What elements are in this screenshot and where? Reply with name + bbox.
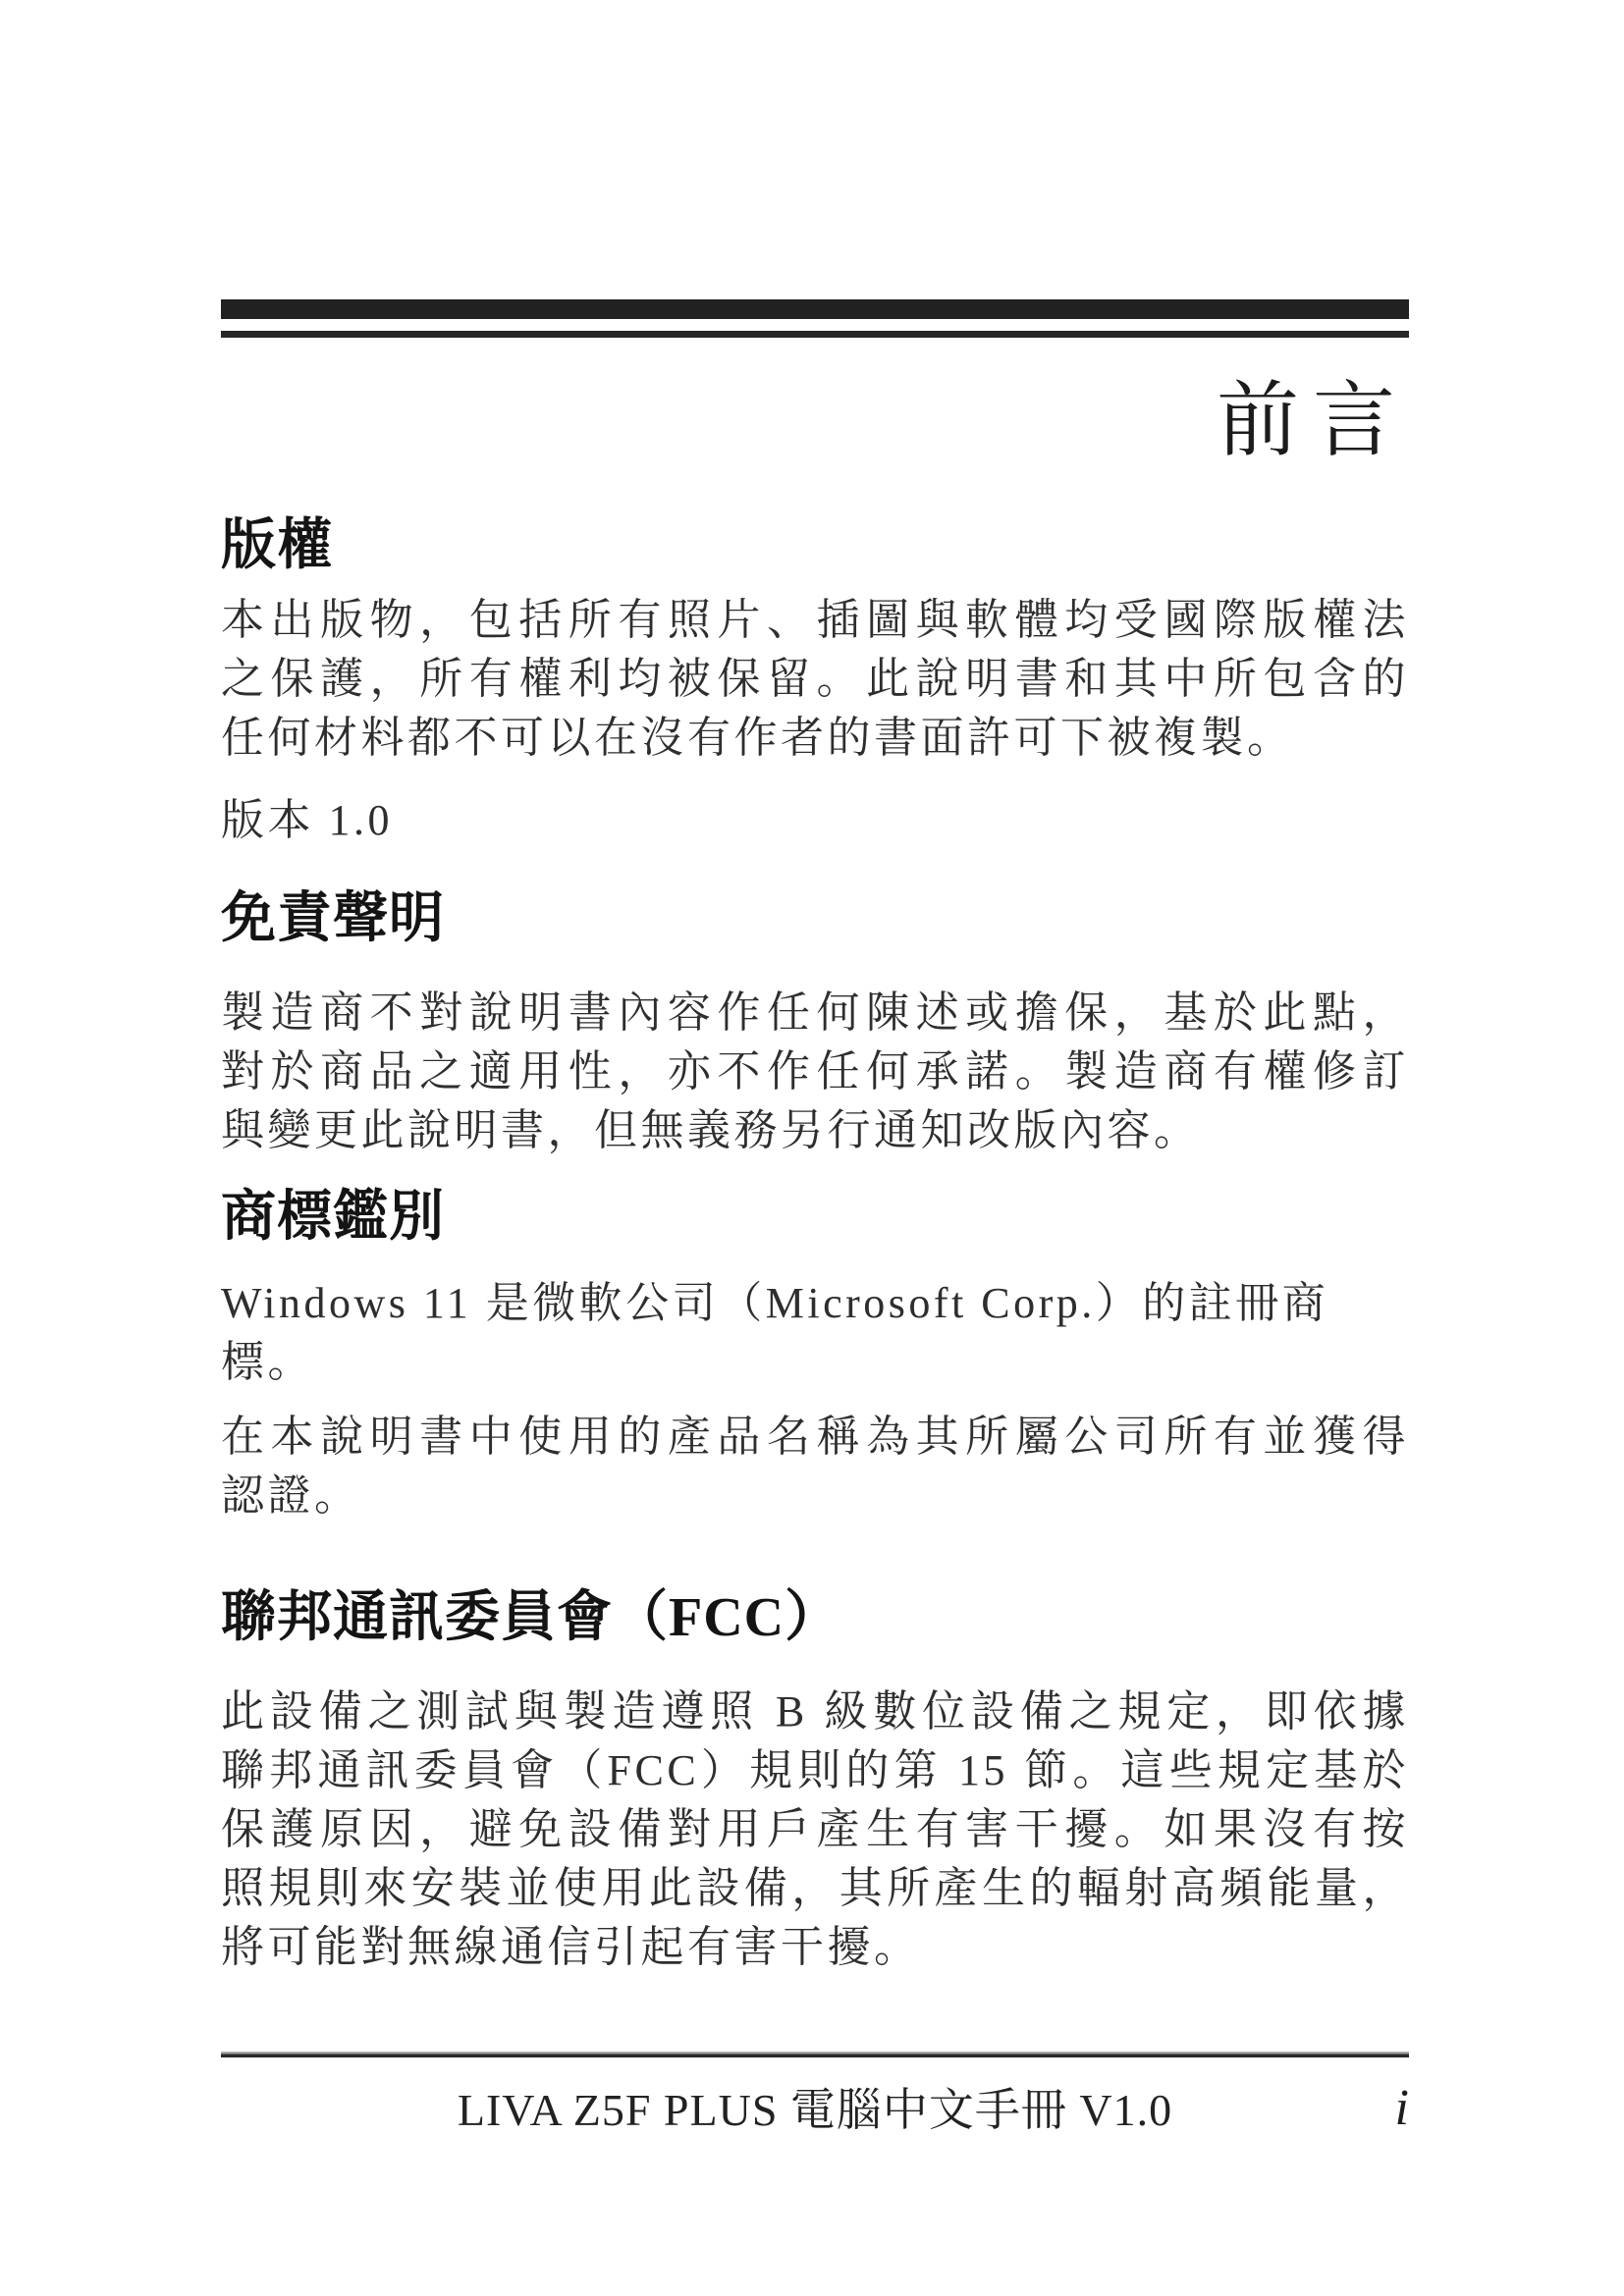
manual-preface-page: 前言 版權 本出版物，包括所有照片、插圖與軟體均受國際版權法 之保護，所有權利均… bbox=[0, 0, 1624, 2296]
text-line: 對於商品之適用性，亦不作任何承諾。製造商有權修訂 bbox=[221, 1042, 1409, 1101]
text-line: 聯邦通訊委員會（FCC）規則的第 15 節。這些規定基於 bbox=[221, 1741, 1409, 1800]
product-names-paragraph: 在本說明書中使用的產品名稱為其所屬公司所有並獲得 認證。 bbox=[221, 1408, 1409, 1525]
text-line: 任何材料都不可以在沒有作者的書面許可下被複製。 bbox=[221, 709, 1409, 768]
footer-manual-title: LIVA Z5F PLUS 電腦中文手冊 V1.0 bbox=[221, 2085, 1409, 2136]
text-line: 此設備之測試與製造遵照 B 級數位設備之規定，即依據 bbox=[221, 1682, 1409, 1741]
page-title: 前言 bbox=[221, 381, 1409, 463]
section-heading-fcc: 聯邦通訊委員會（FCC） bbox=[221, 1588, 1409, 1647]
section-heading-disclaimer: 免責聲明 bbox=[221, 889, 1409, 948]
text-line: 製造商不對說明書內容作任何陳述或擔保，基於此點， bbox=[221, 984, 1409, 1042]
page-content: 前言 版權 本出版物，包括所有照片、插圖與軟體均受國際版權法 之保護，所有權利均… bbox=[221, 0, 1409, 2136]
version-line-paragraph: 版本 1.0 bbox=[221, 791, 1409, 850]
text-line: 照規則來安裝並使用此設備，其所產生的輻射高頻能量， bbox=[221, 1859, 1409, 1918]
disclaimer-paragraph: 製造商不對說明書內容作任何陳述或擔保，基於此點， 對於商品之適用性，亦不作任何承… bbox=[221, 984, 1409, 1160]
version-line: 版本 1.0 bbox=[221, 791, 1409, 850]
copyright-paragraph: 本出版物，包括所有照片、插圖與軟體均受國際版權法 之保護，所有權利均被保留。此說… bbox=[221, 591, 1409, 768]
top-rule-thick bbox=[221, 299, 1409, 319]
top-rule-thin bbox=[221, 331, 1409, 338]
text-line: 認證。 bbox=[221, 1467, 1409, 1525]
text-line: 之保護，所有權利均被保留。此說明書和其中所包含的 bbox=[221, 650, 1409, 709]
text-line: Windows 11 是微軟公司（Microsoft Corp.）的註冊商標。 bbox=[221, 1274, 1409, 1392]
text-line: 在本說明書中使用的產品名稱為其所屬公司所有並獲得 bbox=[221, 1408, 1409, 1467]
section-heading-copyright: 版權 bbox=[221, 516, 1409, 575]
page-footer: LIVA Z5F PLUS 電腦中文手冊 V1.0 i bbox=[221, 2085, 1409, 2136]
text-line: 將可能對無線通信引起有害干擾。 bbox=[221, 1918, 1409, 1977]
fcc-paragraph: 此設備之測試與製造遵照 B 級數位設備之規定，即依據 聯邦通訊委員會（FCC）規… bbox=[221, 1682, 1409, 1977]
footer-page-number: i bbox=[1395, 2083, 1409, 2134]
text-line: 保護原因，避免設備對用戶產生有害干擾。如果沒有按 bbox=[221, 1800, 1409, 1859]
text-line: 本出版物，包括所有照片、插圖與軟體均受國際版權法 bbox=[221, 591, 1409, 650]
section-heading-trademark: 商標鑑別 bbox=[221, 1188, 1409, 1247]
footer-rule bbox=[221, 2052, 1409, 2057]
text-line: 與變更此說明書，但無義務另行通知改版內容。 bbox=[221, 1101, 1409, 1160]
windows-trademark-paragraph: Windows 11 是微軟公司（Microsoft Corp.）的註冊商標。 bbox=[221, 1274, 1409, 1392]
